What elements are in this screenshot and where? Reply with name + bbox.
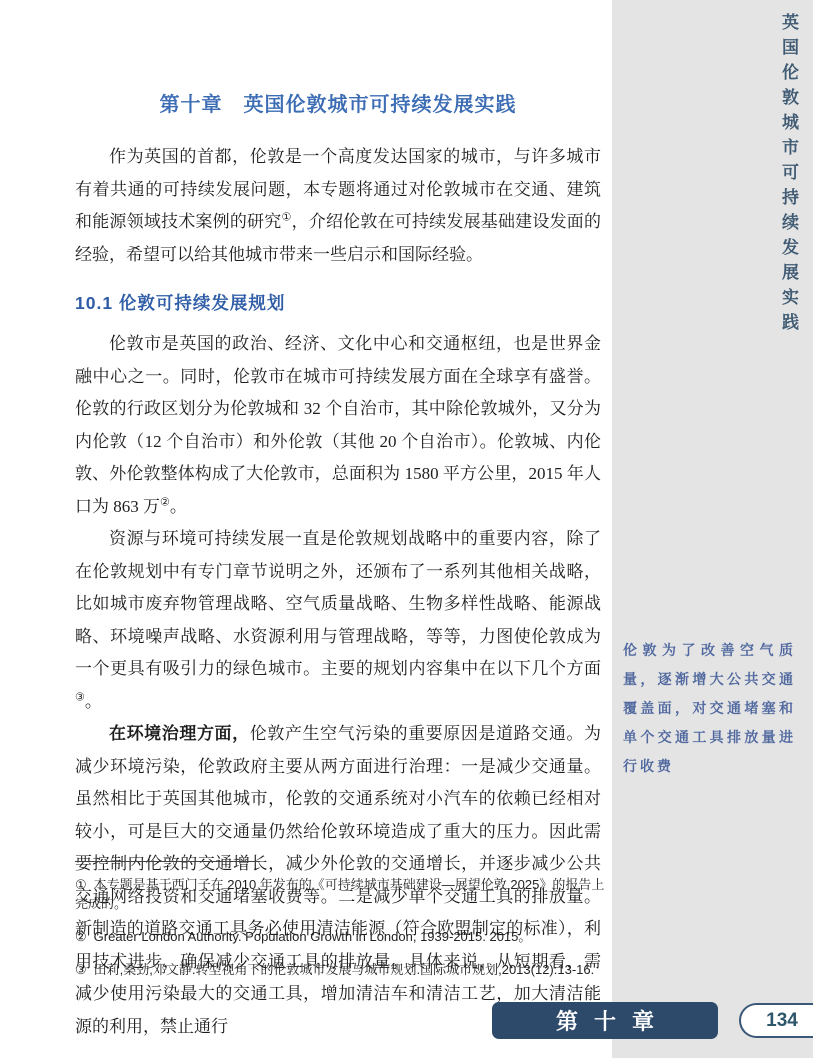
footnote-3-text: 田莉,桑劲,邓文静.转型视角下的伦敦城市发展与城市规划.国际城市规划,2013(… <box>94 962 595 977</box>
footnote-ref-2: ② <box>160 496 170 508</box>
footnote-2-marker: ② <box>75 929 87 944</box>
page-number: 134 <box>766 1010 798 1032</box>
footnotes-block: ①本专题是基于西门子在 2010 年发布的《可持续城市基础建设—展望伦敦 202… <box>75 861 605 993</box>
paragraph-planning-strategies-rest: 。 <box>85 692 102 711</box>
paragraph-environment-governance-bold-lead: 在环境治理方面， <box>109 724 250 743</box>
chapter-footer-tab: 第十章 <box>492 1002 718 1039</box>
book-page: 英国伦敦城市可持续发展实践 伦敦为了改善空气质量，逐渐增大公共交通覆盖面，对交通… <box>0 0 813 1058</box>
footnote-1: ①本专题是基于西门子在 2010 年发布的《可持续城市基础建设—展望伦敦 202… <box>75 875 605 913</box>
footnote-3: ③田莉,桑劲,邓文静.转型视角下的伦敦城市发展与城市规划.国际城市规划,2013… <box>75 960 605 979</box>
footnote-2: ②Greater London Authority. Population Gr… <box>75 927 605 946</box>
paragraph-planning-strategies: 资源与环境可持续发展一直是伦敦规划战略中的重要内容，除了在伦敦规划中有专门章节说… <box>75 523 601 718</box>
margin-note: 伦敦为了改善空气质量，逐渐增大公共交通覆盖面，对交通堵塞和单个交通工具排放量进行… <box>623 636 796 781</box>
page-number-badge: 134 <box>739 1003 813 1038</box>
section-heading-10-1: 10.1 伦敦可持续发展规划 <box>75 290 601 315</box>
paragraph-london-overview-text: 伦敦市是英国的政治、经济、文化中心和交通枢纽，也是世界金融中心之一。同时，伦敦市… <box>75 334 601 516</box>
footnote-2-text: Greater London Authority. Population Gro… <box>94 929 532 944</box>
page-sidebar: 英国伦敦城市可持续发展实践 伦敦为了改善空气质量，逐渐增大公共交通覆盖面，对交通… <box>612 0 813 1058</box>
chapter-title: 第十章 英国伦敦城市可持续发展实践 <box>75 88 601 117</box>
footnote-ref-1: ① <box>281 211 291 223</box>
paragraph-intro: 作为英国的首都，伦敦是一个高度发达国家的城市，与许多城市有着共通的可持续发展问题… <box>75 141 601 271</box>
footnote-3-marker: ③ <box>75 962 87 977</box>
paragraph-london-overview-rest: 。 <box>170 497 187 516</box>
vertical-chapter-title: 英国伦敦城市可持续发展实践 <box>776 13 801 338</box>
chapter-footer-tab-label: 第十章 <box>540 1005 670 1036</box>
paragraph-london-overview: 伦敦市是英国的政治、经济、文化中心和交通枢纽，也是世界金融中心之一。同时，伦敦市… <box>75 328 601 523</box>
footnote-ref-3: ③ <box>75 691 85 703</box>
footnote-1-marker: ① <box>75 877 87 892</box>
footnote-1-text: 本专题是基于西门子在 2010 年发布的《可持续城市基础建设—展望伦敦 2025… <box>75 877 604 911</box>
paragraph-planning-strategies-text: 资源与环境可持续发展一直是伦敦规划战略中的重要内容，除了在伦敦规划中有专门章节说… <box>75 529 601 678</box>
footnote-separator <box>75 861 260 862</box>
